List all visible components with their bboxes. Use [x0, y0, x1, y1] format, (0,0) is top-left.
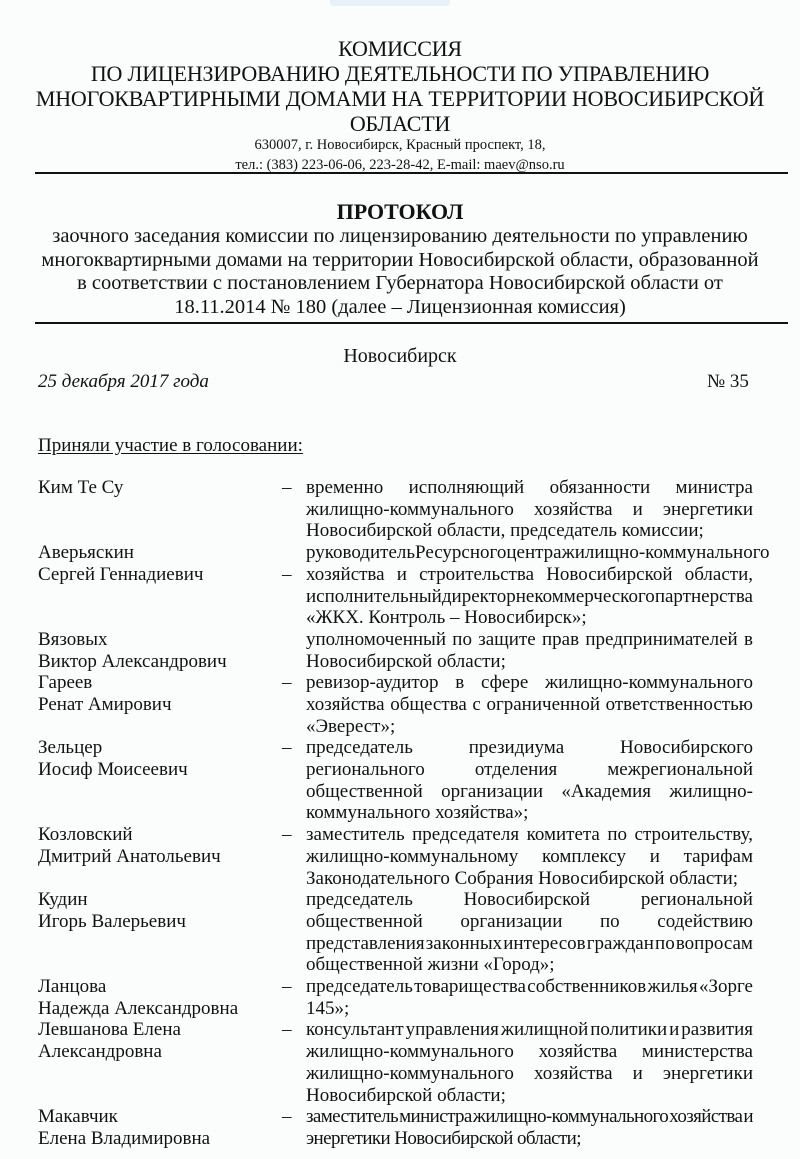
position-line: исполнительныйдиректорнекоммерческогопар… — [306, 586, 753, 608]
position-line: хозяйстваистроительстваНовосибирскойобла… — [306, 564, 753, 586]
position-line: заместительминистражилищно-коммунального… — [306, 1106, 753, 1128]
dash-separator: – — [282, 976, 292, 998]
position-line: жилищно-коммунальногохозяйстваминистерст… — [306, 1041, 753, 1063]
position-line: Новосибирской области; — [306, 651, 753, 673]
position-line: временноисполняющийобязанностиминистра — [306, 477, 753, 499]
position-line: руководительРесурсногоцентражилищно-комм… — [306, 542, 753, 564]
name-line: Козловский — [38, 824, 268, 846]
subtitle-line: многоквартирными домами на территории Но… — [0, 249, 800, 273]
participant-position: заместительминистражилищно-коммунального… — [306, 1106, 753, 1149]
participant-position: председательпрезидиумаНовосибирскогореги… — [306, 737, 753, 824]
participant-entry: ГареевРенат Амирович–ревизор-аудиторвсфе… — [0, 672, 800, 737]
position-line: общественнойорганизации«Академияжилищно- — [306, 781, 753, 803]
dash-separator: – — [282, 737, 292, 759]
document-page: КОМИССИЯ ПО ЛИЦЕНЗИРОВАНИЮ ДЕЯТЕЛЬНОСТИ … — [0, 0, 800, 1159]
title-divider — [35, 322, 788, 324]
position-line: уполномоченныйпозащитеправпредпринимател… — [306, 629, 753, 651]
participant-position: председательНовосибирскойрегиональнойобщ… — [306, 889, 753, 976]
participant-entry: Левшанова ЕленаАлександровна–консультант… — [0, 1019, 800, 1106]
name-line: Кудин — [38, 889, 268, 911]
position-line: Новосибирской области, председатель коми… — [306, 520, 753, 542]
position-line: региональногоотделениямежрегиональной — [306, 759, 753, 781]
scan-artifact — [330, 0, 450, 6]
participant-name: КозловскийДмитрий Анатольевич — [38, 824, 268, 867]
name-line: Александровна — [38, 1041, 268, 1063]
name-line: Дмитрий Анатольевич — [38, 846, 268, 868]
participant-position: уполномоченныйпозащитеправпредпринимател… — [306, 629, 753, 672]
org-line: ПО ЛИЦЕНЗИРОВАНИЮ ДЕЯТЕЛЬНОСТИ ПО УПРАВЛ… — [0, 61, 800, 86]
dash-separator: – — [282, 564, 292, 586]
position-line: «ЖКХ. Контроль – Новосибирск»; — [306, 607, 753, 629]
participant-entry: Ким Те Су–временноисполняющийобязанности… — [0, 477, 800, 542]
subtitle-line: 18.11.2014 № 180 (далее – Лицензионная к… — [0, 296, 800, 320]
name-line: Виктор Александрович — [38, 651, 268, 673]
position-line: 145»; — [306, 998, 753, 1020]
name-line: Елена Владимировна — [38, 1128, 268, 1150]
organization-contacts: 630007, г. Новосибирск, Красный проспект… — [0, 135, 800, 175]
subtitle-line: заочного заседания комиссии по лицензиро… — [0, 225, 800, 249]
organization-header: КОМИССИЯ ПО ЛИЦЕНЗИРОВАНИЮ ДЕЯТЕЛЬНОСТИ … — [0, 36, 800, 136]
participant-position: консультантуправленияжилищнойполитикиира… — [306, 1019, 753, 1106]
position-line: жилищно-коммунальногохозяйстваиэнергетик… — [306, 1063, 753, 1085]
position-line: жилищно-коммунальномукомплексуитарифам — [306, 846, 753, 868]
protocol-number: № 35 — [707, 371, 749, 393]
header-divider — [35, 172, 788, 174]
name-line: Гареев — [38, 672, 268, 694]
position-line: хозяйстваобществасограниченнойответствен… — [306, 694, 753, 716]
participant-entry: КозловскийДмитрий Анатольевич–заместител… — [0, 824, 800, 889]
position-line: общественнойорганизациипосодействию — [306, 911, 753, 933]
participant-name: ГареевРенат Амирович — [38, 672, 268, 715]
participant-name: Левшанова ЕленаАлександровна — [38, 1019, 268, 1062]
protocol-date: 25 декабря 2017 года — [38, 371, 209, 393]
dash-separator: – — [282, 672, 292, 694]
name-line: Зельцер — [38, 737, 268, 759]
participant-position: председательтовариществасобственниковжил… — [306, 976, 753, 1019]
participant-entry: АверьяскинСергей Геннадиевич–руководител… — [0, 542, 800, 629]
name-line: Иосиф Моисеевич — [38, 759, 268, 781]
position-line: ревизор-аудиторвсфережилищно-коммунально… — [306, 672, 753, 694]
participant-entry: КудинИгорь ВалерьевичпредседательНовосиб… — [0, 889, 800, 976]
dash-separator: – — [282, 1019, 292, 1041]
participant-name: ЗельцерИосиф Моисеевич — [38, 737, 268, 780]
participant-name: ЛанцоваНадежда Александровна — [38, 976, 268, 1019]
protocol-subtitle: заочного заседания комиссии по лицензиро… — [0, 225, 800, 319]
participant-position: заместительпредседателякомитетапостроите… — [306, 824, 753, 889]
participant-name: КудинИгорь Валерьевич — [38, 889, 268, 932]
name-line: Аверьяскин — [38, 542, 268, 564]
participant-name: МакавчикЕлена Владимировна — [38, 1106, 268, 1149]
dash-separator: – — [282, 1106, 292, 1128]
org-line: КОМИССИЯ — [0, 36, 800, 61]
participant-entry: ЗельцерИосиф Моисеевич–председательпрези… — [0, 737, 800, 824]
participant-name: Ким Те Су — [38, 477, 268, 499]
participants-list: Ким Те Су–временноисполняющийобязанности… — [0, 477, 800, 1150]
org-line: ОБЛАСТИ — [0, 111, 800, 136]
position-line: жилищно-коммунальногохозяйстваиэнергетик… — [306, 499, 753, 521]
position-line: коммунального хозяйства»; — [306, 802, 753, 824]
participant-name: АверьяскинСергей Геннадиевич — [38, 542, 268, 585]
dash-separator: – — [282, 477, 292, 499]
participant-entry: МакавчикЕлена Владимировна–заместительми… — [0, 1106, 800, 1149]
participant-position: временноисполняющийобязанностиминистражи… — [306, 477, 753, 542]
address: 630007, г. Новосибирск, Красный проспект… — [0, 135, 800, 155]
position-line: председательтовариществасобственниковжил… — [306, 976, 753, 998]
position-line: заместительпредседателякомитетапостроите… — [306, 824, 753, 846]
position-line: «Эверест»; — [306, 716, 753, 738]
name-line: Ренат Амирович — [38, 694, 268, 716]
position-line: Новосибирской области; — [306, 1085, 753, 1107]
name-line: Левшанова Елена — [38, 1019, 268, 1041]
position-line: консультантуправленияжилищнойполитикиира… — [306, 1019, 753, 1041]
position-line: Законодательного Собрания Новосибирской … — [306, 868, 753, 890]
city: Новосибирск — [0, 345, 800, 367]
position-line: энергетики Новосибирской области; — [306, 1128, 753, 1150]
name-line: Ланцова — [38, 976, 268, 998]
position-line: председательНовосибирскойрегиональной — [306, 889, 753, 911]
subtitle-line: в соответствии с постановлением Губернат… — [0, 272, 800, 296]
dash-separator: – — [282, 824, 292, 846]
participant-entry: ЛанцоваНадежда Александровна–председател… — [0, 976, 800, 1019]
protocol-title: ПРОТОКОЛ — [0, 199, 800, 225]
participants-heading: Приняли участие в голосовании: — [38, 435, 303, 457]
name-line: Макавчик — [38, 1106, 268, 1128]
position-line: общественной жизни «Город»; — [306, 954, 753, 976]
name-line: Игорь Валерьевич — [38, 911, 268, 933]
position-line: представлениязаконныхинтересовгражданпов… — [306, 933, 753, 955]
participant-name: ВязовыхВиктор Александрович — [38, 629, 268, 672]
participant-position: ревизор-аудиторвсфережилищно-коммунально… — [306, 672, 753, 737]
position-line: председательпрезидиумаНовосибирского — [306, 737, 753, 759]
org-line: МНОГОКВАРТИРНЫМИ ДОМАМИ НА ТЕРРИТОРИИ НО… — [0, 86, 800, 111]
participant-entry: ВязовыхВиктор Александровичуполномоченны… — [0, 629, 800, 672]
name-line: Надежда Александровна — [38, 998, 268, 1020]
name-line: Сергей Геннадиевич — [38, 564, 268, 586]
name-line: Вязовых — [38, 629, 268, 651]
participant-position: руководительРесурсногоцентражилищно-комм… — [306, 542, 753, 629]
name-line: Ким Те Су — [38, 477, 268, 499]
